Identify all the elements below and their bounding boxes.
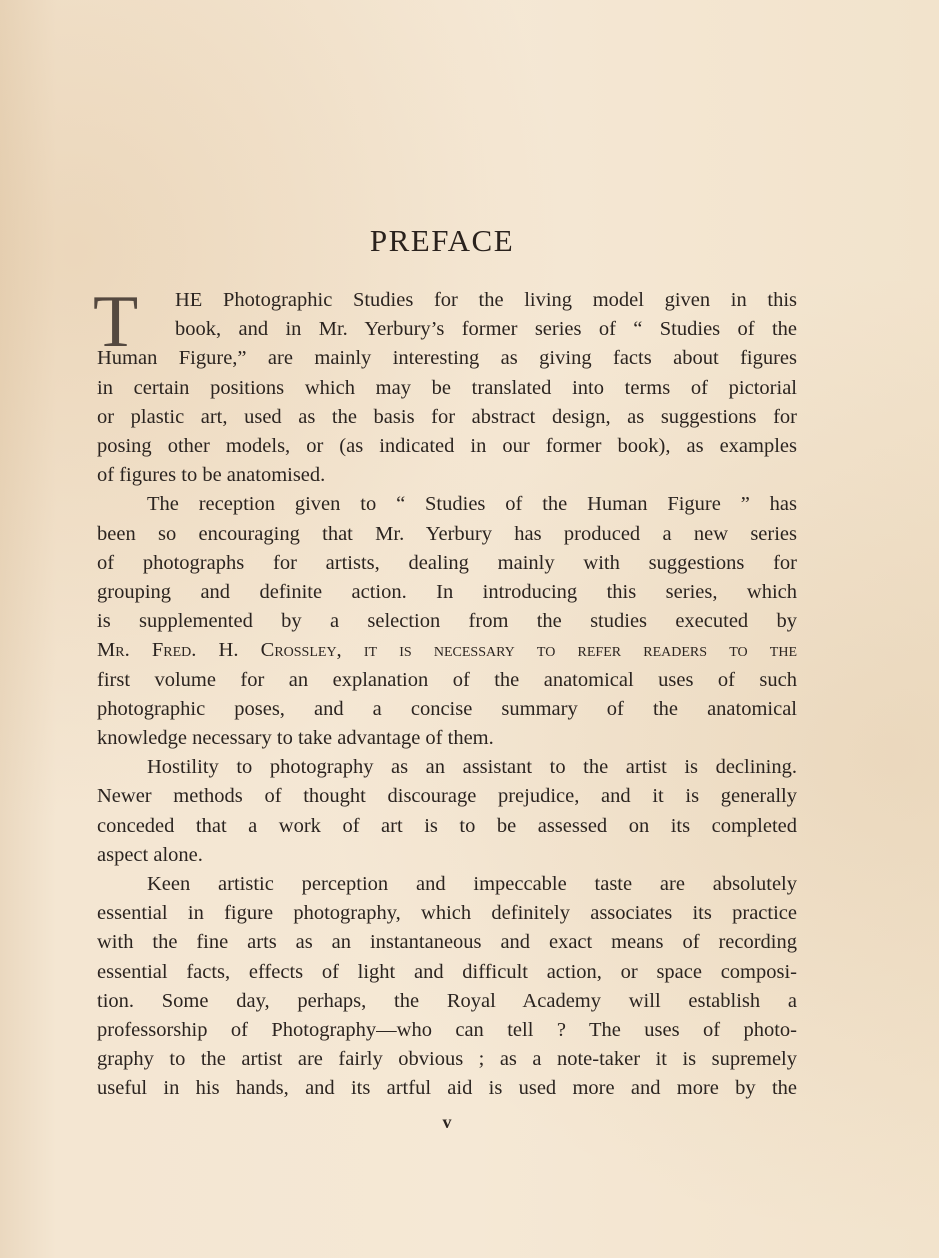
paragraph-1: T HE Photographic Studies for the living… xyxy=(97,286,797,490)
text-line: of figures to be anatomised. xyxy=(97,461,797,490)
page-title: PREFACE xyxy=(97,223,787,259)
text-line: posing other models, or (as indicated in… xyxy=(97,432,797,461)
text-line: is supplemented by a selection from the … xyxy=(97,607,797,636)
page-number: v xyxy=(97,1112,797,1133)
text-line: been so encouraging that Mr. Yerbury has… xyxy=(97,520,797,549)
text-line: graphy to the artist are fairly obvious … xyxy=(97,1045,797,1074)
text-line: professorship of Photography—who can tel… xyxy=(97,1016,797,1045)
text-line: with the fine arts as an instantaneous a… xyxy=(97,928,797,957)
text-line: The reception given to “ Studies of the … xyxy=(97,490,797,519)
preface-body: T HE Photographic Studies for the living… xyxy=(97,286,797,1104)
text-line: HE Photographic Studies for the living m… xyxy=(97,286,797,315)
drop-cap: T xyxy=(93,292,138,352)
text-line: Mr. Fred. H. Crossley, it is necessary t… xyxy=(97,636,797,665)
text-line: essential in figure photography, which d… xyxy=(97,899,797,928)
text-line: or plastic art, used as the basis for ab… xyxy=(97,403,797,432)
paragraph-2: The reception given to “ Studies of the … xyxy=(97,490,797,753)
text-line: knowledge necessary to take advantage of… xyxy=(97,724,797,753)
text-line: of photographs for artists, dealing main… xyxy=(97,549,797,578)
text-line: photographic poses, and a concise summar… xyxy=(97,695,797,724)
text-line: conceded that a work of art is to be ass… xyxy=(97,812,797,841)
paragraph-4: Keen artistic perception and impeccable … xyxy=(97,870,797,1104)
text-line: Keen artistic perception and impeccable … xyxy=(97,870,797,899)
text-line: Hostility to photography as an assistant… xyxy=(97,753,797,782)
text-line: grouping and definite action. In introdu… xyxy=(97,578,797,607)
paragraph-3: Hostility to photography as an assistant… xyxy=(97,753,797,870)
text-line: Human Figure,” are mainly interesting as… xyxy=(97,344,797,373)
text-line: book, and in Mr. Yerbury’s former series… xyxy=(97,315,797,344)
text-line: Newer methods of thought discourage prej… xyxy=(97,782,797,811)
text-line: aspect alone. xyxy=(97,841,797,870)
text-line: first volume for an explanation of the a… xyxy=(97,666,797,695)
text-line: useful in his hands, and its artful aid … xyxy=(97,1074,797,1103)
text-line: essential facts, effects of light and di… xyxy=(97,958,797,987)
text-line: tion. Some day, perhaps, the Royal Acade… xyxy=(97,987,797,1016)
text-line: in certain positions which may be transl… xyxy=(97,374,797,403)
